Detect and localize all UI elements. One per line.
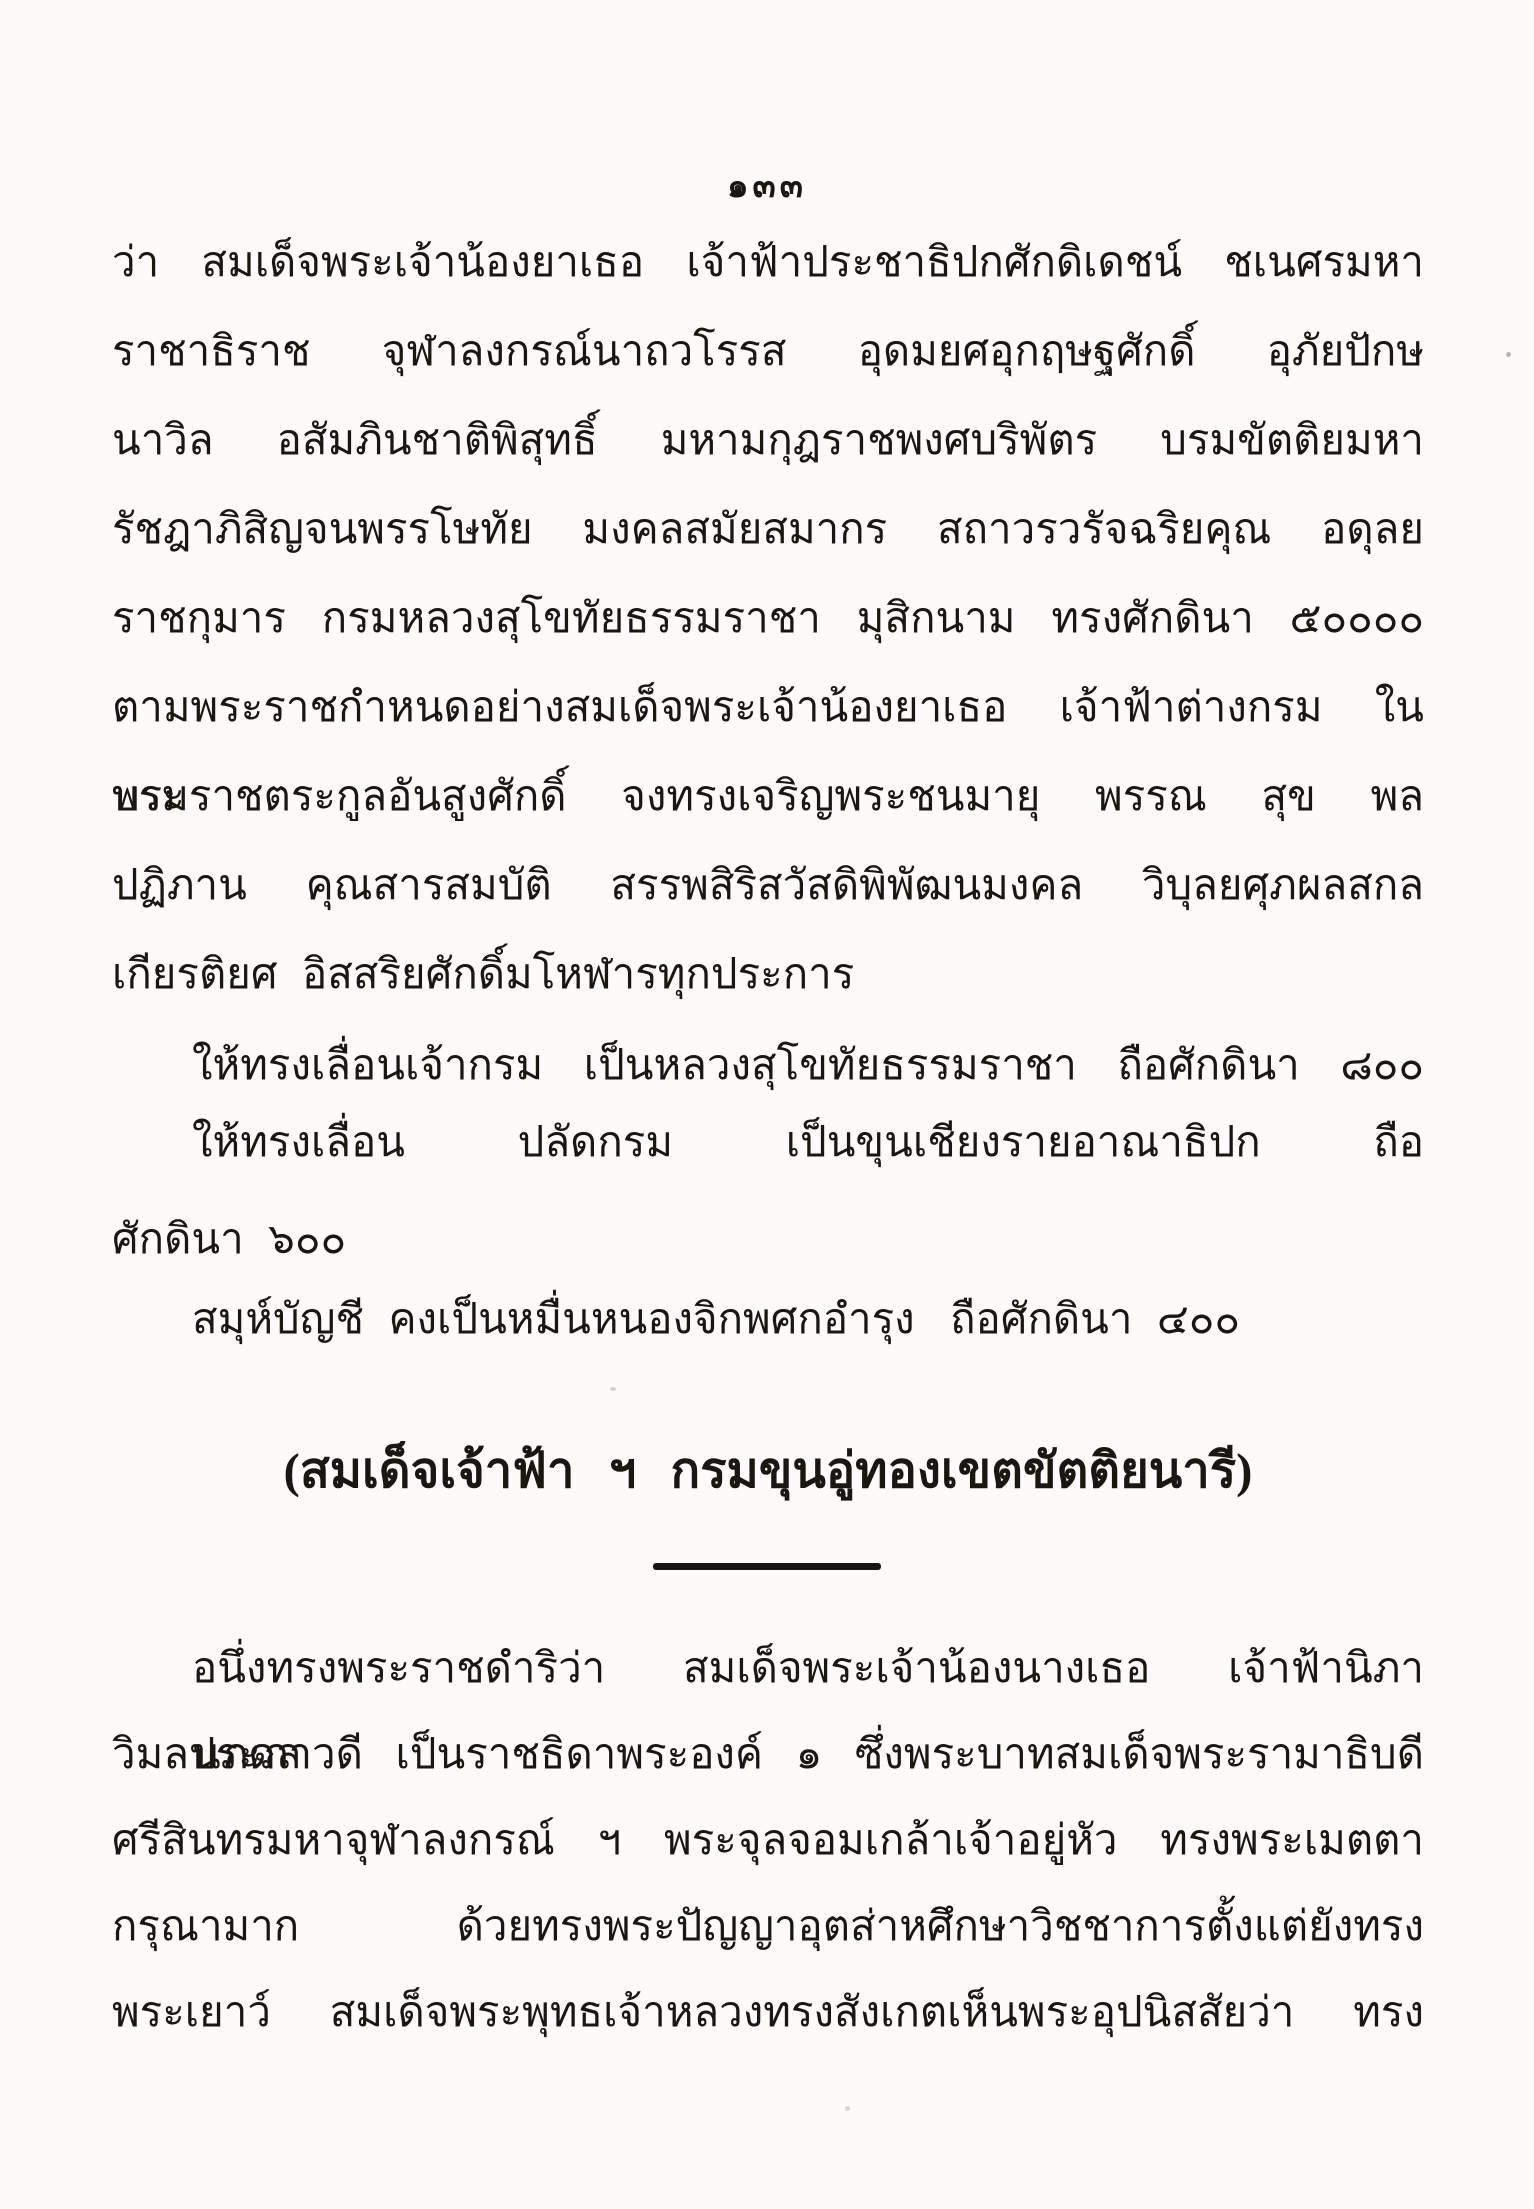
text-line: อนึ่งทรงพระราชดำริว่า สมเด็จพระเจ้าน้องน… [112, 1626, 1424, 1712]
scan-speck [610, 1387, 616, 1391]
text-line: ราชกุมาร กรมหลวงสุโขทัยธรรมราชา มุสิกนาม… [112, 575, 1424, 664]
text-line: สมุห์บัญชี คงเป็นหมื่นหนองจิกพศกอำรุง [192, 1276, 915, 1365]
text-line: ถือศักดินา ๔๐๐ [950, 1276, 1240, 1365]
text-line: ศรีสินทรมหาจุฬาลงกรณ์ ฯ พระจุลจอมเกล้าเจ… [112, 1798, 1424, 1884]
promotion-line-sakdina-600: ศักดินา ๖๐๐ [112, 1196, 1424, 1285]
paragraph-princess-nibha: อนึ่งทรงพระราชดำริว่า สมเด็จพระเจ้าน้องน… [112, 1626, 1424, 2056]
section-divider-rule [653, 1563, 881, 1570]
promotion-line-palad-krom: ให้ทรงเลื่อน ปลัดกรม เป็นขุนเชียงรายอาณา… [112, 1099, 1424, 1188]
paragraph-royal-title: ว่า สมเด็จพระเจ้าน้องยาเธอ เจ้าฟ้าประชาธ… [112, 219, 1424, 1020]
document-page: ๑๓๓ ว่า สมเด็จพระเจ้าน้องยาเธอ เจ้าฟ้าปร… [0, 0, 1534, 2209]
section-heading-krom-khun-uthong: (สมเด็จเจ้าฟ้า ฯ กรมขุนอู่ทองเขตขัตติยนา… [112, 1421, 1424, 1521]
text-line: รัชฎาภิสิญจนพรรโษทัย มงคลสมัยสมากร สถาวร… [112, 486, 1424, 575]
scan-speck [1506, 352, 1511, 357]
text-line: กรุณามาก ด้วยทรงพระปัญญาอุตส่าหศึกษาวิชช… [112, 1884, 1424, 1970]
text-line: เกียรติยศ อิสสริยศักดิ์มโหฬารทุกประการ [112, 931, 1424, 1020]
promotion-line-samuhabanchi: สมุห์บัญชี คงเป็นหมื่นหนองจิกพศกอำรุง ถื… [112, 1276, 1424, 1365]
text-line: ราชาธิราช จุฬาลงกรณ์นาถวโรรส อุดมยศอุกฤษ… [112, 308, 1424, 397]
text-line: ว่า สมเด็จพระเจ้าน้องยาเธอ เจ้าฟ้าประชาธ… [112, 219, 1424, 308]
text-line: นาวิล อสัมภินชาติพิสุทธิ์ มหามกุฎราชพงศบ… [112, 397, 1424, 486]
promotion-line-chao-krom: ให้ทรงเลื่อนเจ้ากรม เป็นหลวงสุโขทัยธรรมร… [112, 1022, 1424, 1111]
text-line: ปฏิภาน คุณสารสมบัติ สรรพสิริสวัสดิพิพัฒน… [112, 842, 1424, 931]
text-line: ตามพระราชกำหนดอย่างสมเด็จพระเจ้าน้องยาเธ… [112, 664, 1424, 753]
text-line: วิมลประภาวดี เป็นราชธิดาพระองค์ ๑ ซึ่งพร… [112, 1712, 1424, 1798]
text-line: ให้ทรงเลื่อน ปลัดกรม เป็นขุนเชียงรายอาณา… [112, 1099, 1424, 1188]
text-line: ศักดินา ๖๐๐ [112, 1196, 1424, 1285]
text-line: บรมราชตระกูลอันสูงศักดิ์ จงทรงเจริญพระชน… [112, 753, 1424, 842]
scan-speck [845, 2106, 850, 2111]
page-number: ๑๓๓ [0, 158, 1534, 212]
text-line: ให้ทรงเลื่อนเจ้ากรม เป็นหลวงสุโขทัยธรรมร… [112, 1022, 1424, 1111]
text-line: พระเยาว์ สมเด็จพระพุทธเจ้าหลวงทรงสังเกตเ… [112, 1970, 1424, 2056]
